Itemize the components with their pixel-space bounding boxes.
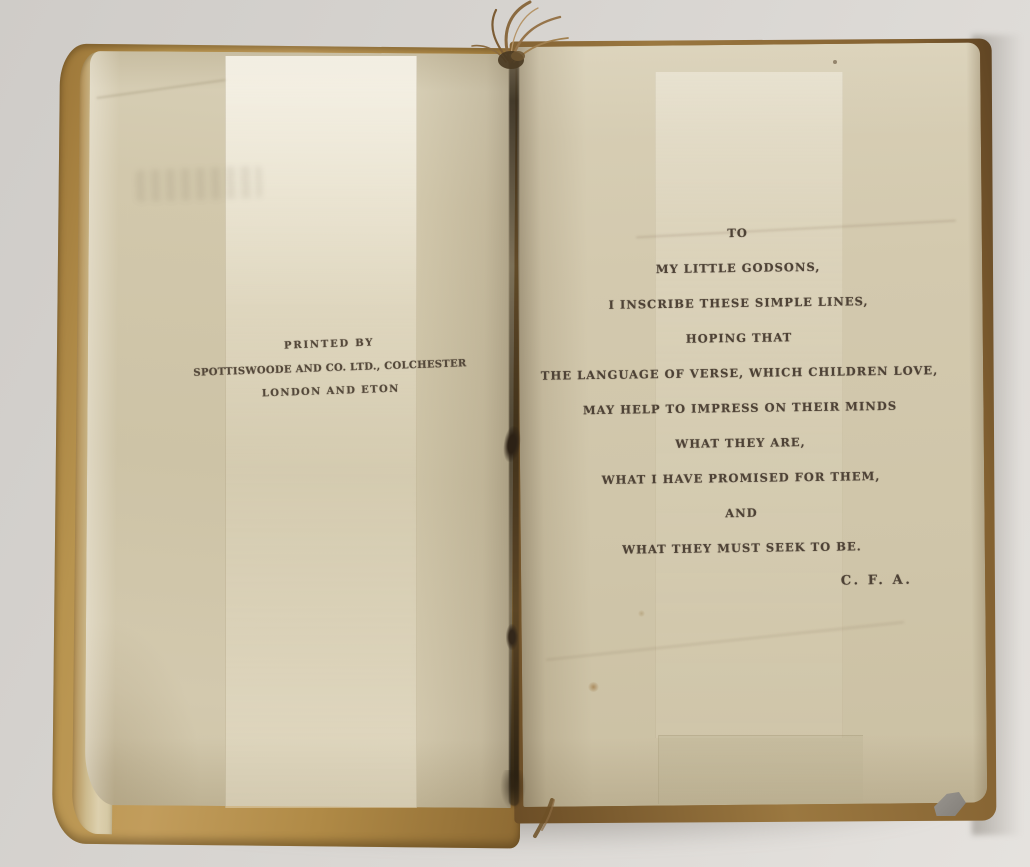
dedication-line: I INSCRIBE THESE SIMPLE LINES, — [522, 282, 954, 323]
show-through-text-smudge — [135, 166, 262, 202]
foxing-spot — [833, 60, 837, 64]
right-page-bottom-patch — [658, 735, 863, 804]
dedication-line: TO — [521, 212, 953, 253]
tail-thread-icon — [528, 798, 574, 844]
printer-imprint: PRINTED BY SPOTTISWOODE AND CO. LTD., CO… — [167, 327, 493, 409]
dedication-line: WHAT I HAVE PROMISED FOR THEM, — [525, 457, 957, 498]
binding-string-icon — [440, 0, 580, 84]
dedication-line: MY LITTLE GODSONS, — [522, 247, 954, 288]
author-initials: C. F. A. — [526, 562, 958, 603]
dedication-text: TO MY LITTLE GODSONS, I INSCRIBE THESE S… — [521, 212, 958, 603]
dedication-line: WHAT THEY ARE, — [524, 422, 956, 463]
foxing-spot — [638, 610, 645, 617]
dedication-line: THE LANGUAGE OF VERSE, WHICH CHILDREN LO… — [523, 352, 955, 393]
spine-foot-shadow — [500, 770, 526, 810]
dedication-line: HOPING THAT — [523, 317, 955, 358]
foxing-spot — [588, 682, 599, 692]
dedication-line: WHAT THEY MUST SEEK TO BE. — [526, 527, 958, 568]
dedication-line: AND — [525, 492, 957, 533]
dedication-line: MAY HELP TO IMPRESS ON THEIR MINDS — [524, 387, 956, 428]
binding-stitch — [506, 624, 518, 650]
book-photograph: PRINTED BY SPOTTISWOODE AND CO. LTD., CO… — [0, 0, 1030, 867]
